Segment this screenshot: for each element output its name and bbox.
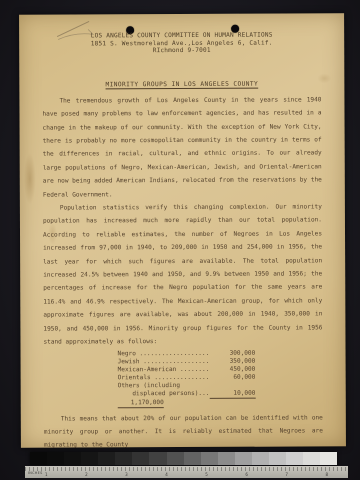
ruler-number: 7 <box>285 472 288 477</box>
figure-value: 10,000 <box>209 389 255 398</box>
grayscale-step <box>286 452 303 465</box>
organization-phone: RIchmond 9-7001 <box>42 47 321 56</box>
minority-figures-table: Negro ................... 300,000 Jewish… <box>118 349 323 408</box>
ruler-inches-label: INCHES <box>28 471 43 475</box>
grayscale-step <box>269 452 286 465</box>
ruler-number: 2 <box>85 472 88 477</box>
ruler-numbers: 12345678 <box>25 472 348 477</box>
grayscale-step <box>30 452 47 465</box>
letterhead: LOS ANGELES COUNTY COMMITTEE ON HUMAN RE… <box>42 31 321 55</box>
grayscale-step <box>115 452 132 465</box>
grayscale-step <box>201 452 218 465</box>
figure-value: 350,000 <box>209 357 255 365</box>
document-page: LOS ANGELES COUNTY COMMITTEE ON HUMAN RE… <box>19 13 346 447</box>
grayscale-step <box>320 452 337 465</box>
grayscale-step <box>218 452 235 465</box>
figure-label: displaced persons)... <box>118 389 210 398</box>
grayscale-step <box>132 452 149 465</box>
ruler-number: 3 <box>125 472 128 477</box>
document-title: MINORITY GROUPS IN LOS ANGELES COUNTY <box>42 80 321 88</box>
grayscale-calibration-bar <box>30 452 337 465</box>
figure-total-value: 1,170,000 <box>118 399 164 408</box>
figure-value: 450,000 <box>209 365 255 373</box>
grayscale-step <box>98 452 115 465</box>
figure-label: Others (including <box>118 382 180 390</box>
grayscale-step <box>184 452 201 465</box>
ruler: 12345678 INCHES <box>25 466 348 478</box>
figure-value: 60,000 <box>209 373 255 381</box>
grayscale-step <box>149 452 166 465</box>
figure-value <box>180 381 226 389</box>
ruler-number: 8 <box>325 472 328 477</box>
grayscale-step <box>252 452 269 465</box>
paragraph-statistics: Population statistics verify this changi… <box>43 200 323 349</box>
table-total-row: 1,170,000 <box>118 398 323 408</box>
paragraph-growth: The tremendous growth of Los Angeles Cou… <box>42 93 321 201</box>
ruler-ticks <box>25 467 348 471</box>
grayscale-step <box>81 452 98 465</box>
grayscale-step <box>235 452 252 465</box>
ruler-number: 1 <box>45 472 48 477</box>
figure-value: 300,000 <box>209 349 255 357</box>
document-body: LOS ANGELES COUNTY COMMITTEE ON HUMAN RE… <box>19 13 346 452</box>
ruler-number: 5 <box>205 472 208 477</box>
ruler-number: 4 <box>165 472 168 477</box>
grayscale-step <box>47 452 64 465</box>
grayscale-step <box>64 452 81 465</box>
grayscale-step <box>303 452 320 465</box>
paragraph-conclusion: This means that about 20% of our populat… <box>44 411 323 452</box>
grayscale-step <box>167 452 184 465</box>
ruler-number: 6 <box>245 472 248 477</box>
